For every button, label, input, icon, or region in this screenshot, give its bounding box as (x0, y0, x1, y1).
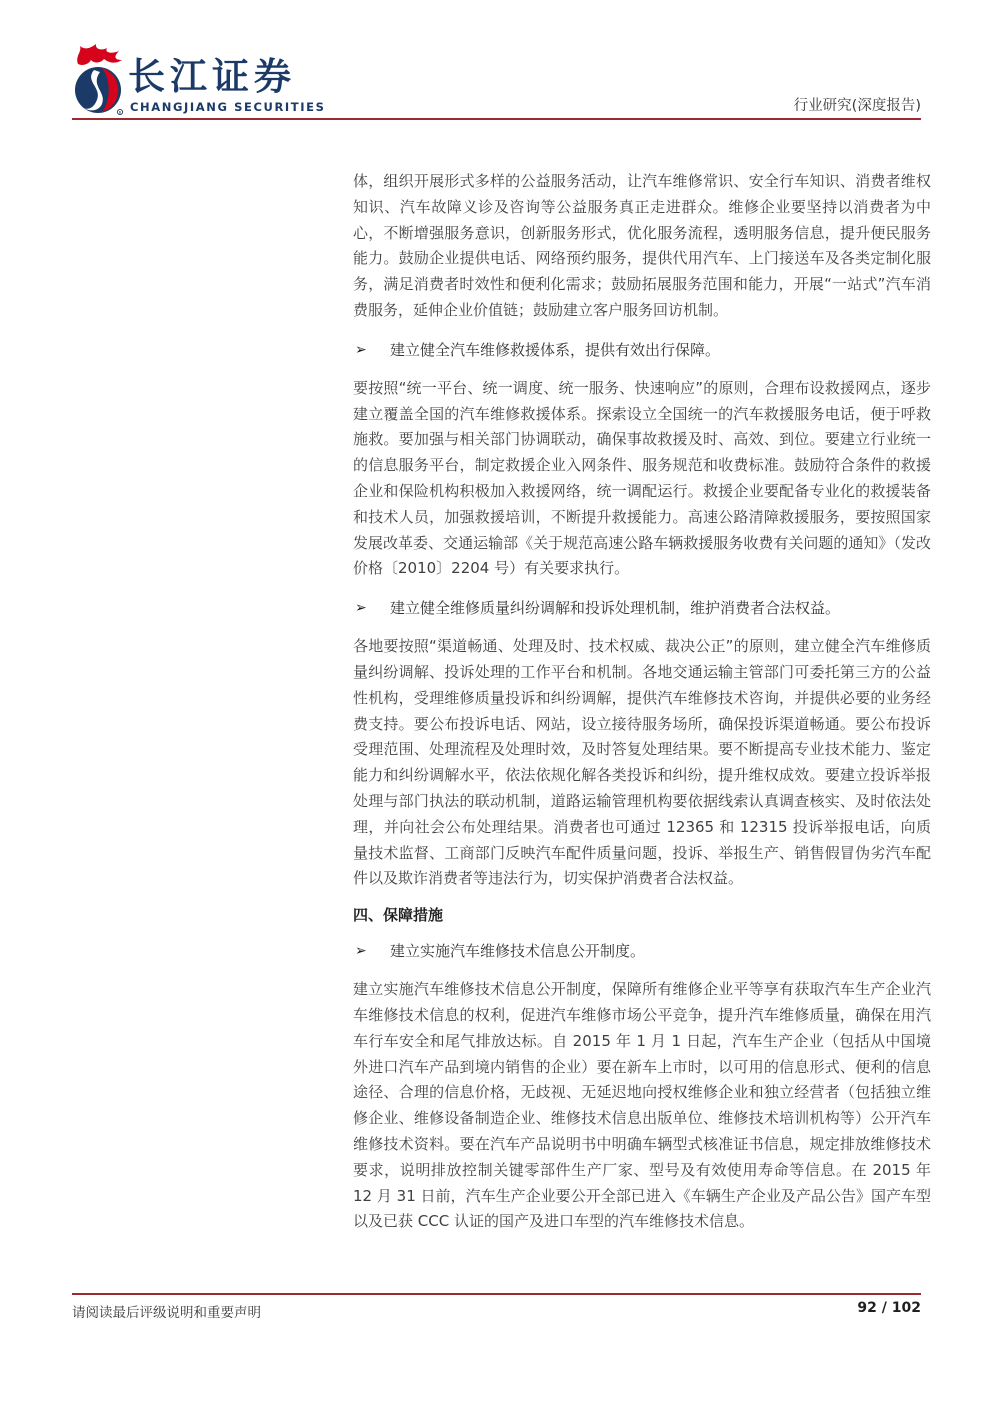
bullet-item: ➢ 建立健全维修质量纠纷调解和投诉处理机制，维护消费者合法权益。 (353, 595, 931, 621)
bullet-item: ➢ 建立健全汽车维修救援体系，提供有效出行保障。 (353, 337, 931, 363)
page-number: 92 / 102 (857, 1300, 921, 1316)
paragraph: 体，组织开展形式多样的公益服务活动，让汽车维修常识、安全行车知识、消费者维权知识… (353, 169, 931, 324)
report-type-label: 行业研究(深度报告) (794, 94, 921, 115)
paragraph: 建立实施汽车维修技术信息公开制度，保障所有维修企业平等享有获取汽车生产企业汽车维… (353, 977, 931, 1235)
arrow-bullet-icon: ➢ (355, 337, 367, 363)
header-divider (72, 118, 921, 120)
paragraph: 要按照“统一平台、统一调度、统一服务、快速响应”的原则，合理布设救援网点，逐步建… (353, 376, 931, 582)
bullet-item: ➢ 建立实施汽车维修技术信息公开制度。 (353, 938, 931, 964)
bullet-text: 建立健全维修质量纠纷调解和投诉处理机制，维护消费者合法权益。 (390, 599, 840, 617)
section-heading: 四、保障措施 (353, 905, 931, 926)
logo-english-name: CHANGJIANG SECURITIES (130, 100, 325, 114)
arrow-bullet-icon: ➢ (355, 938, 367, 964)
svg-text:R: R (119, 111, 122, 116)
document-body: 体，组织开展形式多样的公益服务活动，让汽车维修常识、安全行车知识、消费者维权知识… (353, 169, 931, 1248)
bullet-text: 建立实施汽车维修技术信息公开制度。 (390, 942, 645, 960)
bullet-text: 建立健全汽车维修救援体系，提供有效出行保障。 (390, 341, 720, 359)
footer-disclaimer: 请阅读最后评级说明和重要声明 (72, 1301, 261, 1321)
report-page: R 长江证券 CHANGJIANG SECURITIES 行业研究(深度报告) … (0, 0, 993, 1404)
arrow-bullet-icon: ➢ (355, 595, 367, 621)
logo-chinese-name: 长江证券 (128, 58, 296, 95)
dragon-logo-icon: R (74, 44, 126, 120)
changjiang-securities-logo: R 长江证券 CHANGJIANG SECURITIES (72, 42, 392, 120)
footer-divider (72, 1293, 921, 1295)
paragraph: 各地要按照“渠道畅通、处理及时、技术权威、裁决公正”的原则，建立健全汽车维修质量… (353, 634, 931, 892)
